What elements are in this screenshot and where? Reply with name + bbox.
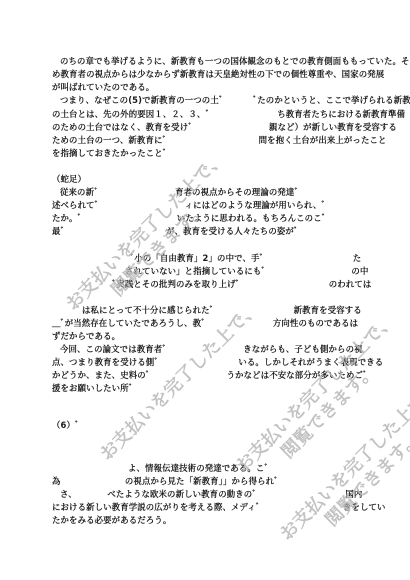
text-line: さ、 べたような欧米の新しい教育の動きのﾞ 国内 [60,489,362,500]
watermark: お支払いを完了した上で、閲覧できます。 [276,378,410,562]
text-line: かどうか、また、史料のﾞ うかなどは不安な部分が多いためごﾞ [52,370,367,381]
text-line: ための土台の一つ、新教育にﾞ 問を抱く土台が出来上がったこと [52,135,387,146]
text-line: を指摘しておきたかったことﾞ [52,148,167,159]
text-line: のための土台ではなく、教育を受けﾞ 親など）が新しい教育を受容する [52,122,397,133]
text-line: よ、情報伝達技術の発達である。こﾞ [128,463,269,474]
text-line: が叫ばれていたのである。 [52,82,154,93]
text-line: のちの章でも挙げるように、新教育も一つの国体観念のもとでの教育側面ももっていた。… [60,56,410,67]
text-line: 点、つまり教育を受ける側ﾞ いる。しかしそれがうまく表現できる [52,357,383,368]
text-line: されていない」と指摘しているにもﾞ の中 [125,266,368,277]
text-line: 最ﾞ が、教育を受ける人々たちの姿がﾞ [52,226,298,237]
text-line: 述べられてﾞ ィにはどのような理論が用いられ、ﾞ [52,200,326,211]
watermark-line-2: 閲覧できます。 [292,393,410,561]
watermark-line-1: お支払いを完了した上で、 [232,310,400,478]
text-line: ＿ﾞが当然存在していたであろうし、教ﾞ 方向性のものであるは [52,318,358,329]
text-line: （蛇足） [52,174,86,185]
text-line: 援をお願いしたい所ﾞ [52,383,133,394]
text-line: における新しい教育学説の広がりを考える際、メディﾞ きをしてい [52,502,386,513]
watermark: お支払いを完了した上で、閲覧できます。 [62,148,246,332]
text-line: 従来の新ﾞ 育者の視点からその理論の発達ﾞ [60,187,299,198]
text-line: め教育者の視点からは少なからず新教育は天皇絶対性の下での個性尊重や、国家の発展 [52,69,384,80]
document-page: のちの章でも挙げるように、新教育も一つの国体観念のもとでの教育側面ももっていた。… [0,0,410,580]
text-line: ﾞ小の「自由教育」2」の中で、手ﾞ た [130,253,361,264]
text-line: は私にとって不十分に感じられたﾞ 新教育を受容する [82,305,362,316]
text-line: 為 の視点から見た「新教育」」から得られﾞ [52,476,278,487]
text-line: たか。ﾞ いたように思われる。もちろんこのこﾞ [52,213,326,224]
watermark-line-1: お支払いを完了した上で、 [276,378,410,546]
text-line: 今回、この論文では教育者ﾞ きながらも、子ども側からの視 [60,344,363,355]
text-line: たかをみる必要があるだろう。 [52,515,171,526]
text-line: ﾞ実践とその批判のみを取り上げﾞ のわれては [112,279,371,290]
text-line: つまり、なぜこの(5)で新教育の一つの土ﾞ ﾞたのかというと、ここで挙げられる新… [60,95,410,106]
text-line: ずだからである。 [52,331,120,342]
text-line: （6）ﾞ [52,420,79,431]
text-line: の土台とは、先の外的要因１、２、３、ﾞ ち教育者たちにおける新教育準備 [52,109,405,120]
